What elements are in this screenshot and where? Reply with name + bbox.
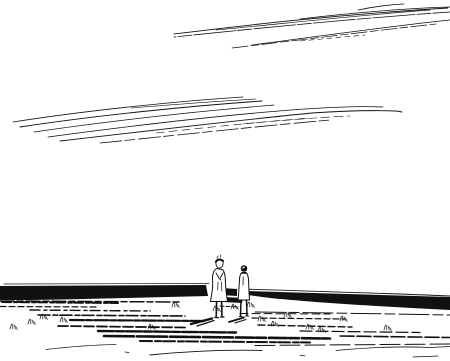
shorter-figure-head: [241, 265, 248, 272]
grass-tuft: [60, 317, 67, 323]
ink-sketch-drawing: [0, 0, 450, 361]
middle-cloud-streaks: [13, 97, 402, 143]
hedge-left-segment: [0, 285, 208, 300]
illustration: [0, 0, 450, 361]
grass-tuft: [258, 316, 265, 322]
taller-figure-body: [211, 269, 228, 302]
shorter-figure: [238, 265, 250, 316]
grass-tuft: [247, 302, 254, 308]
taller-figure: [211, 255, 228, 318]
bottom-sweep-lines: [46, 345, 450, 358]
grass-tuft: [28, 319, 35, 325]
meadow-hatching: [0, 302, 450, 346]
hedge-right-segment: [247, 291, 450, 310]
grass-tuft: [384, 325, 391, 331]
hedge-top-line-left: [4, 284, 209, 285]
upper-cloud-streaks: [174, 4, 450, 48]
grass-tuft: [172, 302, 179, 308]
shorter-figure-body: [238, 273, 250, 301]
grass-tuft: [10, 324, 17, 330]
